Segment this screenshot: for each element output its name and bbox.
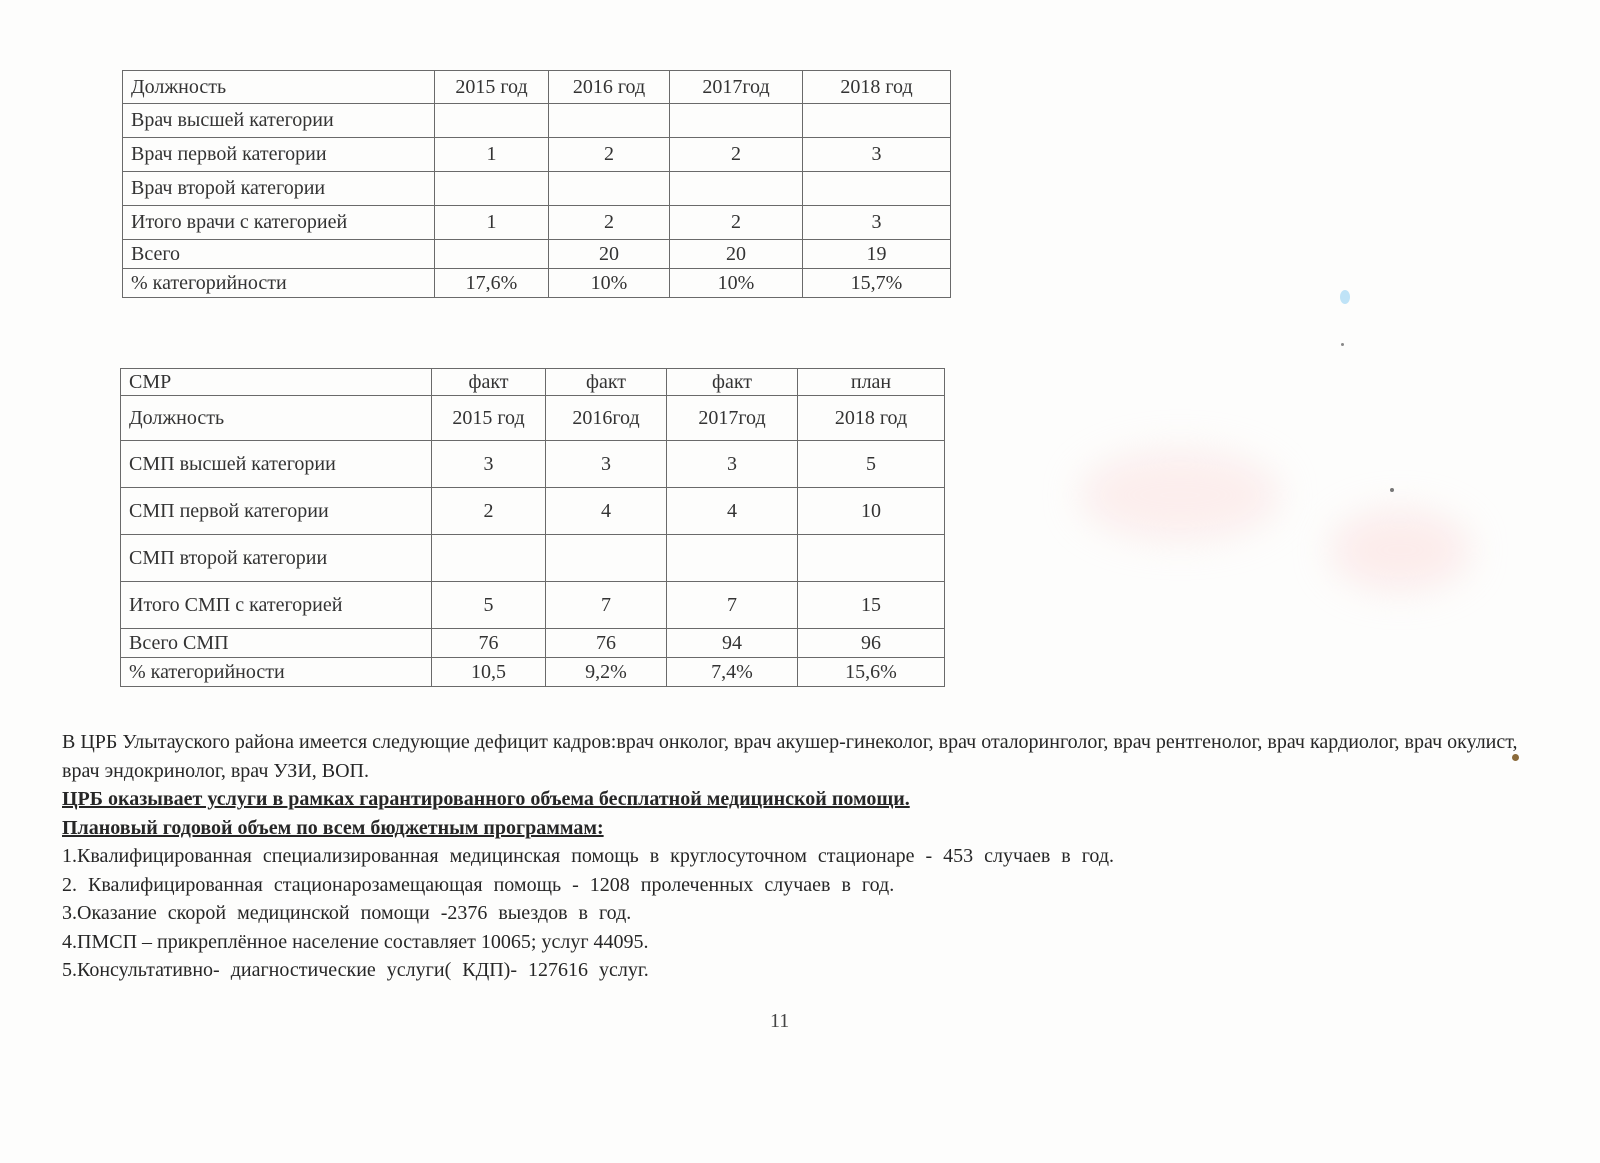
cell: 10% <box>670 269 803 298</box>
cell: 3 <box>803 206 951 240</box>
header-cell: СМР <box>121 369 432 396</box>
cell: 1 <box>435 206 549 240</box>
header-cell: 2016 год <box>549 71 670 104</box>
doctors-category-table: Должность 2015 год 2016 год 2017год 2018… <box>122 70 951 298</box>
cell: 3 <box>432 441 546 488</box>
cell: 3 <box>667 441 798 488</box>
cell: 10% <box>549 269 670 298</box>
list-item: 1.Квалифицированная специализированная м… <box>62 842 1522 871</box>
cell: 7 <box>546 582 667 629</box>
cell: 10 <box>798 488 945 535</box>
body-text: В ЦРБ Улытауского района имеется следующ… <box>62 728 1522 985</box>
cell: 20 <box>670 240 803 269</box>
row-label: Итого врачи с категорией <box>123 206 435 240</box>
list-item: 4.ПМСП – прикреплённое население составл… <box>62 928 1522 957</box>
table-header-row: Должность 2015 год 2016 год 2017год 2018… <box>123 71 951 104</box>
row-label: Врач первой категории <box>123 138 435 172</box>
table-row: Всего 20 20 19 <box>123 240 951 269</box>
cell <box>432 535 546 582</box>
cell: 10,5 <box>432 658 546 687</box>
cell: 4 <box>546 488 667 535</box>
cell <box>670 172 803 206</box>
cell: 1 <box>435 138 549 172</box>
cell <box>549 104 670 138</box>
cell <box>803 104 951 138</box>
table-row: % категорийности 17,6% 10% 10% 15,7% <box>123 269 951 298</box>
cell: 2 <box>670 138 803 172</box>
header-cell: 2015 год <box>435 71 549 104</box>
staff-deficit-paragraph: В ЦРБ Улытауского района имеется следующ… <box>62 728 1522 785</box>
table-row: СМП высшей категории 3 3 3 5 <box>121 441 945 488</box>
cell: 9,2% <box>546 658 667 687</box>
cell <box>549 172 670 206</box>
cell: 15,7% <box>803 269 951 298</box>
header-cell: 2015 год <box>432 396 546 441</box>
cell: 94 <box>667 629 798 658</box>
row-label: СМП высшей категории <box>121 441 432 488</box>
header-cell: факт <box>546 369 667 396</box>
table-row: % категорийности 10,5 9,2% 7,4% 15,6% <box>121 658 945 687</box>
header-cell: факт <box>667 369 798 396</box>
scan-speck <box>1390 488 1394 492</box>
header-cell: 2018 год <box>803 71 951 104</box>
cell: 4 <box>667 488 798 535</box>
header-cell: факт <box>432 369 546 396</box>
table-row: Итого СМП с категорией 5 7 7 15 <box>121 582 945 629</box>
row-label: СМП второй категории <box>121 535 432 582</box>
header-cell: 2016год <box>546 396 667 441</box>
cell: 15,6% <box>798 658 945 687</box>
table-row: СМП первой категории 2 4 4 10 <box>121 488 945 535</box>
table-row: Врач высшей категории <box>123 104 951 138</box>
cell: 76 <box>432 629 546 658</box>
table-row: Врач первой категории 1 2 2 3 <box>123 138 951 172</box>
table-row: Всего СМП 76 76 94 96 <box>121 629 945 658</box>
cell <box>803 172 951 206</box>
cell: 2 <box>432 488 546 535</box>
row-label: Всего СМП <box>121 629 432 658</box>
cell: 3 <box>546 441 667 488</box>
cell: 96 <box>798 629 945 658</box>
row-label: Врач высшей категории <box>123 104 435 138</box>
page-number: 11 <box>770 1010 789 1033</box>
list-item: 5.Консультативно- диагностические услуги… <box>62 956 1522 985</box>
cell: 7 <box>667 582 798 629</box>
cell: 20 <box>549 240 670 269</box>
table-row: СМП второй категории <box>121 535 945 582</box>
header-cell: план <box>798 369 945 396</box>
header-cell: 2017год <box>670 71 803 104</box>
cell <box>546 535 667 582</box>
header-cell: 2017год <box>667 396 798 441</box>
services-heading: ЦРБ оказывает услуги в рамках гарантиров… <box>62 785 1522 814</box>
nurses-category-table: СМР факт факт факт план Должность 2015 г… <box>120 368 945 687</box>
row-label: СМП первой категории <box>121 488 432 535</box>
cell: 2 <box>549 206 670 240</box>
cell <box>798 535 945 582</box>
cell: 2 <box>670 206 803 240</box>
cell <box>670 104 803 138</box>
header-cell: Должность <box>121 396 432 441</box>
table-header-row: СМР факт факт факт план <box>121 369 945 396</box>
scan-speck <box>1340 290 1350 304</box>
row-label: % категорийности <box>123 269 435 298</box>
table-row: Врач второй категории <box>123 172 951 206</box>
row-label: Итого СМП с категорией <box>121 582 432 629</box>
list-item: 3.Оказание скорой медицинской помощи -23… <box>62 899 1522 928</box>
header-cell: Должность <box>123 71 435 104</box>
list-item: 2. Квалифицированная стационарозамещающа… <box>62 871 1522 900</box>
row-label: Врач второй категории <box>123 172 435 206</box>
row-label: % категорийности <box>121 658 432 687</box>
cell: 3 <box>803 138 951 172</box>
cell: 5 <box>798 441 945 488</box>
cell: 5 <box>432 582 546 629</box>
table-row: Итого врачи с категорией 1 2 2 3 <box>123 206 951 240</box>
cell: 17,6% <box>435 269 549 298</box>
scan-speck <box>1341 343 1344 346</box>
header-cell: 2018 год <box>798 396 945 441</box>
cell <box>435 240 549 269</box>
cell: 2 <box>549 138 670 172</box>
cell: 15 <box>798 582 945 629</box>
row-label: Всего <box>123 240 435 269</box>
cell <box>667 535 798 582</box>
cell: 19 <box>803 240 951 269</box>
cell: 7,4% <box>667 658 798 687</box>
table-header-row: Должность 2015 год 2016год 2017год 2018 … <box>121 396 945 441</box>
plan-volume-heading: Плановый годовой объем по всем бюджетным… <box>62 814 1522 843</box>
cell <box>435 104 549 138</box>
cell: 76 <box>546 629 667 658</box>
cell <box>435 172 549 206</box>
